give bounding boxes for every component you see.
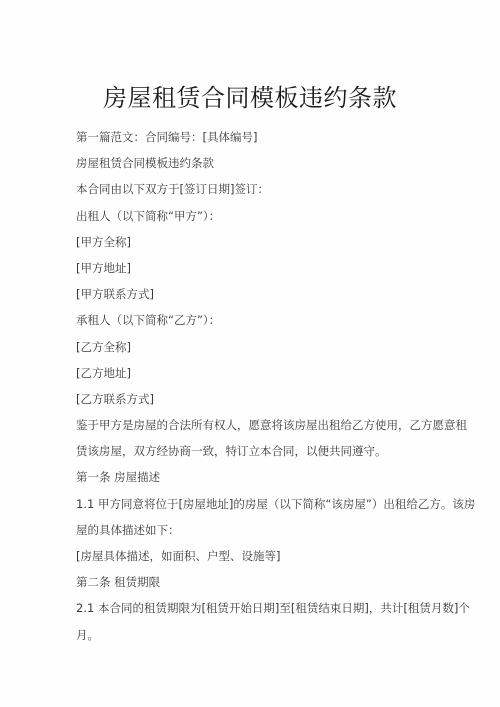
lessee-contact: [乙方联系方式] (76, 386, 434, 412)
article-1-heading: 第一条 房屋描述 (76, 464, 434, 490)
clause-1-1-line-2: 屋的具体描述如下： (76, 517, 434, 543)
lessee-name: [乙方全称] (76, 334, 434, 360)
contract-number-line: 第一篇范文：合同编号：[具体编号] (76, 124, 434, 150)
lessor-name: [甲方全称] (76, 229, 434, 255)
document-page: 房屋租赁合同模板违约条款 第一篇范文：合同编号：[具体编号] 房屋租赁合同模板违… (0, 0, 500, 707)
clause-2-1-line-1: 2.1 本合同的租赁期限为[租赁开始日期]至[租赁结束日期]，共计[租赁月数]个 (76, 595, 434, 621)
article-2-heading: 第二条 租赁期限 (76, 569, 434, 595)
lessor-heading: 出租人（以下简称“甲方”）： (76, 203, 434, 229)
lessee-address: [乙方地址] (76, 360, 434, 386)
property-description: [房屋具体描述，如面积、户型、设施等] (76, 543, 434, 569)
lessor-contact: [甲方联系方式] (76, 281, 434, 307)
clause-2-1-line-2: 月。 (76, 622, 434, 648)
subtitle-line: 房屋租赁合同模板违约条款 (76, 150, 434, 176)
preamble-line-2: 赁该房屋，双方经协商一致，特订立本合同，以便共同遵守。 (76, 438, 434, 464)
document-body: 第一篇范文：合同编号：[具体编号] 房屋租赁合同模板违约条款 本合同由以下双方于… (76, 124, 434, 648)
signing-date-line: 本合同由以下双方于[签订日期]签订： (76, 176, 434, 202)
clause-1-1-line-1: 1.1 甲方同意将位于[房屋地址]的房屋（以下简称“该房屋”）出租给乙方。该房 (76, 491, 434, 517)
document-title: 房屋租赁合同模板违约条款 (0, 82, 500, 114)
lessee-heading: 承租人（以下简称“乙方”）： (76, 307, 434, 333)
lessor-address: [甲方地址] (76, 255, 434, 281)
preamble-line-1: 鉴于甲方是房屋的合法所有权人，愿意将该房屋出租给乙方使用，乙方愿意租 (76, 412, 434, 438)
